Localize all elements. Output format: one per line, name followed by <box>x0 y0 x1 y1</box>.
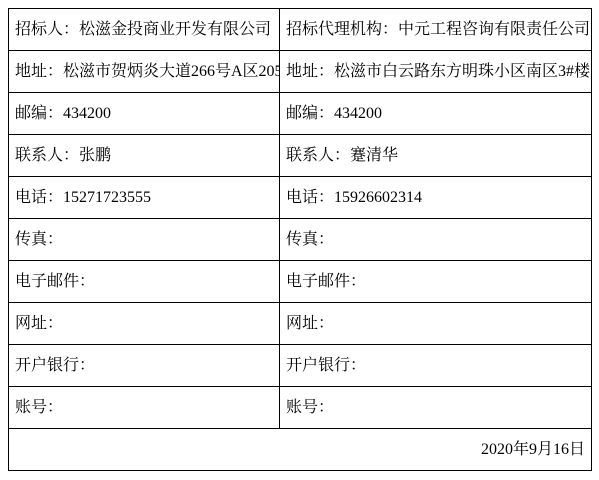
table-row-postcode: 邮编：434200 邮编：434200 <box>9 93 592 135</box>
contact-table-body: 招标人：松滋金投商业开发有限公司 招标代理机构：中元工程咨询有限责任公司 地址：… <box>9 9 592 471</box>
tenderer-contact-cell: 联系人：张鹏 <box>9 135 280 177</box>
agency-website-cell: 网址： <box>280 303 592 345</box>
agency-account-cell: 账号： <box>280 387 592 429</box>
tenderer-website-cell: 网址： <box>9 303 280 345</box>
agency-fax-cell: 传真： <box>280 219 592 261</box>
date-cell: 2020年9月16日 <box>9 429 592 471</box>
table-row-contact-person: 联系人：张鹏 联系人：蹇清华 <box>9 135 592 177</box>
agency-phone-cell: 电话：15926602314 <box>280 177 592 219</box>
agency-contact-cell: 联系人：蹇清华 <box>280 135 592 177</box>
tenderer-phone-cell: 电话：15271723555 <box>9 177 280 219</box>
agency-postcode-cell: 邮编：434200 <box>280 93 592 135</box>
table-row-footer: 2020年9月16日 <box>9 429 592 471</box>
table-row-website: 网址： 网址： <box>9 303 592 345</box>
tenderer-postcode-cell: 邮编：434200 <box>9 93 280 135</box>
tenderer-account-cell: 账号： <box>9 387 280 429</box>
tenderer-fax-cell: 传真： <box>9 219 280 261</box>
tenderer-name-cell: 招标人：松滋金投商业开发有限公司 <box>9 9 280 51</box>
table-row-phone: 电话：15271723555 电话：15926602314 <box>9 177 592 219</box>
tenderer-address-cell: 地址：松滋市贺炳炎大道266号A区205 <box>9 51 280 93</box>
agency-address-cell: 地址：松滋市白云路东方明珠小区南区3#楼 <box>280 51 592 93</box>
tenderer-bank-cell: 开户银行： <box>9 345 280 387</box>
tenderer-email-cell: 电子邮件： <box>9 261 280 303</box>
table-row-fax: 传真： 传真： <box>9 219 592 261</box>
table-row-bank: 开户银行： 开户银行： <box>9 345 592 387</box>
table-row-account: 账号： 账号： <box>9 387 592 429</box>
page: 招标人：松滋金投商业开发有限公司 招标代理机构：中元工程咨询有限责任公司 地址：… <box>0 0 599 479</box>
table-row-email: 电子邮件： 电子邮件： <box>9 261 592 303</box>
agency-email-cell: 电子邮件： <box>280 261 592 303</box>
agency-name-cell: 招标代理机构：中元工程咨询有限责任公司 <box>280 9 592 51</box>
table-row-address: 地址：松滋市贺炳炎大道266号A区205 地址：松滋市白云路东方明珠小区南区3#… <box>9 51 592 93</box>
contact-info-table: 招标人：松滋金投商业开发有限公司 招标代理机构：中元工程咨询有限责任公司 地址：… <box>8 8 592 471</box>
table-row-tenderer-name: 招标人：松滋金投商业开发有限公司 招标代理机构：中元工程咨询有限责任公司 <box>9 9 592 51</box>
agency-bank-cell: 开户银行： <box>280 345 592 387</box>
